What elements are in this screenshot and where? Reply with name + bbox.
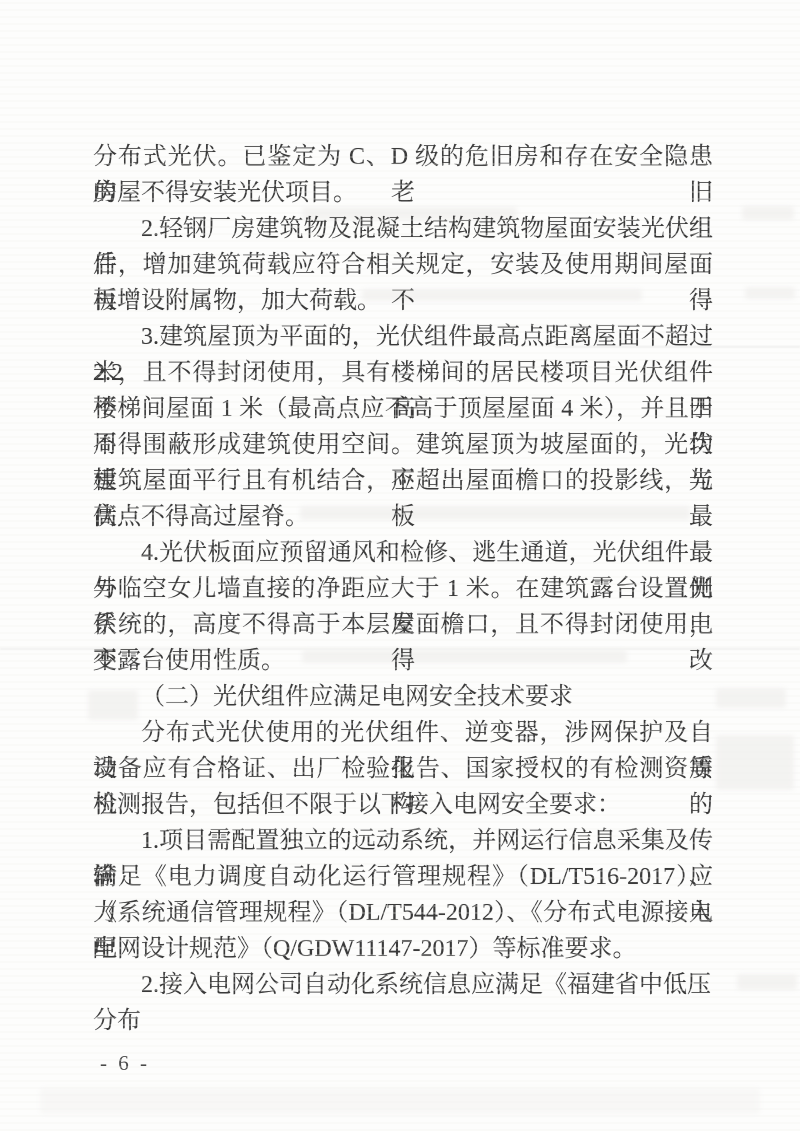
text-line: 系统的，高度不得高于本层屋面檐口，且不得封闭使用，不得改 xyxy=(93,607,713,643)
document-body: 分布式光伏。已鉴定为 C、D 级的危旧房和存在安全隐患的老旧房屋不得安装光伏项目… xyxy=(93,139,713,1003)
text-line: 分布式光伏。已鉴定为 C、D 级的危旧房和存在安全隐患的老旧 xyxy=(93,139,713,175)
text-line: 检测报告，包括但不限于以下接入电网安全要求： xyxy=(93,787,713,823)
bleed-through-ghost xyxy=(745,287,795,299)
page-footer: - 6 - xyxy=(100,1048,150,1078)
bleed-through-ghost xyxy=(737,974,797,990)
text-line: 力系统通信管理规程》（DL/T544-2012）、《分布式电源接入配 xyxy=(93,895,713,931)
text-line: 满足《电力调度自动化运行管理规程》（DL/T516-2017）、《电 xyxy=(93,859,713,895)
text-line: 楼梯间屋面 1 米（最高点应不高于顶屋屋面 4 米），并且四周均 xyxy=(93,391,713,427)
text-line: 电网设计规范》（Q/GDW11147-2017）等标准要求。 xyxy=(93,931,713,967)
bleed-through-ghost xyxy=(716,735,794,790)
text-line: 2.接入电网公司自动化系统信息应满足《福建省中低压分布 xyxy=(93,967,713,1003)
text-line: 2.轻钢厂房建筑物及混凝土结构建筑物屋面安装光伏组件 xyxy=(93,211,713,247)
bleed-through-ghost xyxy=(716,688,786,708)
text-line: 设备应有合格证、出厂检验报告、国家授权的有检测资质机构的 xyxy=(93,751,713,787)
text-line: 与临空女儿墙直接的净距应大于 1 米。在建筑露台设置光伏发电 xyxy=(93,571,713,607)
bleed-through-ghost xyxy=(742,206,794,220)
page-number: - 6 - xyxy=(100,1051,150,1075)
text-line: 不得围蔽形成建筑使用空间。建筑屋顶为坡屋面的，光伏板应与 xyxy=(93,427,713,463)
text-line: 分布式光伏使用的光伏组件、逆变器，涉网保护及自动化等 xyxy=(93,715,713,751)
text-line: 4.光伏板面应预留通风和检修、逃生通道，光伏组件最外侧 xyxy=(93,535,713,571)
text-line: 3.建筑屋顶为平面的，光伏组件最高点距离屋面不超过 2.2 xyxy=(93,319,713,355)
text-line: （二）光伏组件应满足电网安全技术要求 xyxy=(93,679,713,715)
text-line: 1.项目需配置独立的远动系统，并网运行信息采集及传输应 xyxy=(93,823,713,859)
bleed-through-ghost xyxy=(40,1088,760,1114)
document-page: 分布式光伏。已鉴定为 C、D 级的危旧房和存在安全隐患的老旧房屋不得安装光伏项目… xyxy=(0,0,800,1131)
text-line: 米，且不得封闭使用，具有楼梯间的居民楼项目光伏组件不高于 xyxy=(93,355,713,391)
text-line: 后，增加建筑荷载应符合相关规定，安装及使用期间屋面板不得 xyxy=(93,247,713,283)
text-line: 建筑屋面平行且有机结合，不超出屋面檐口的投影线，光伏板最 xyxy=(93,463,713,499)
